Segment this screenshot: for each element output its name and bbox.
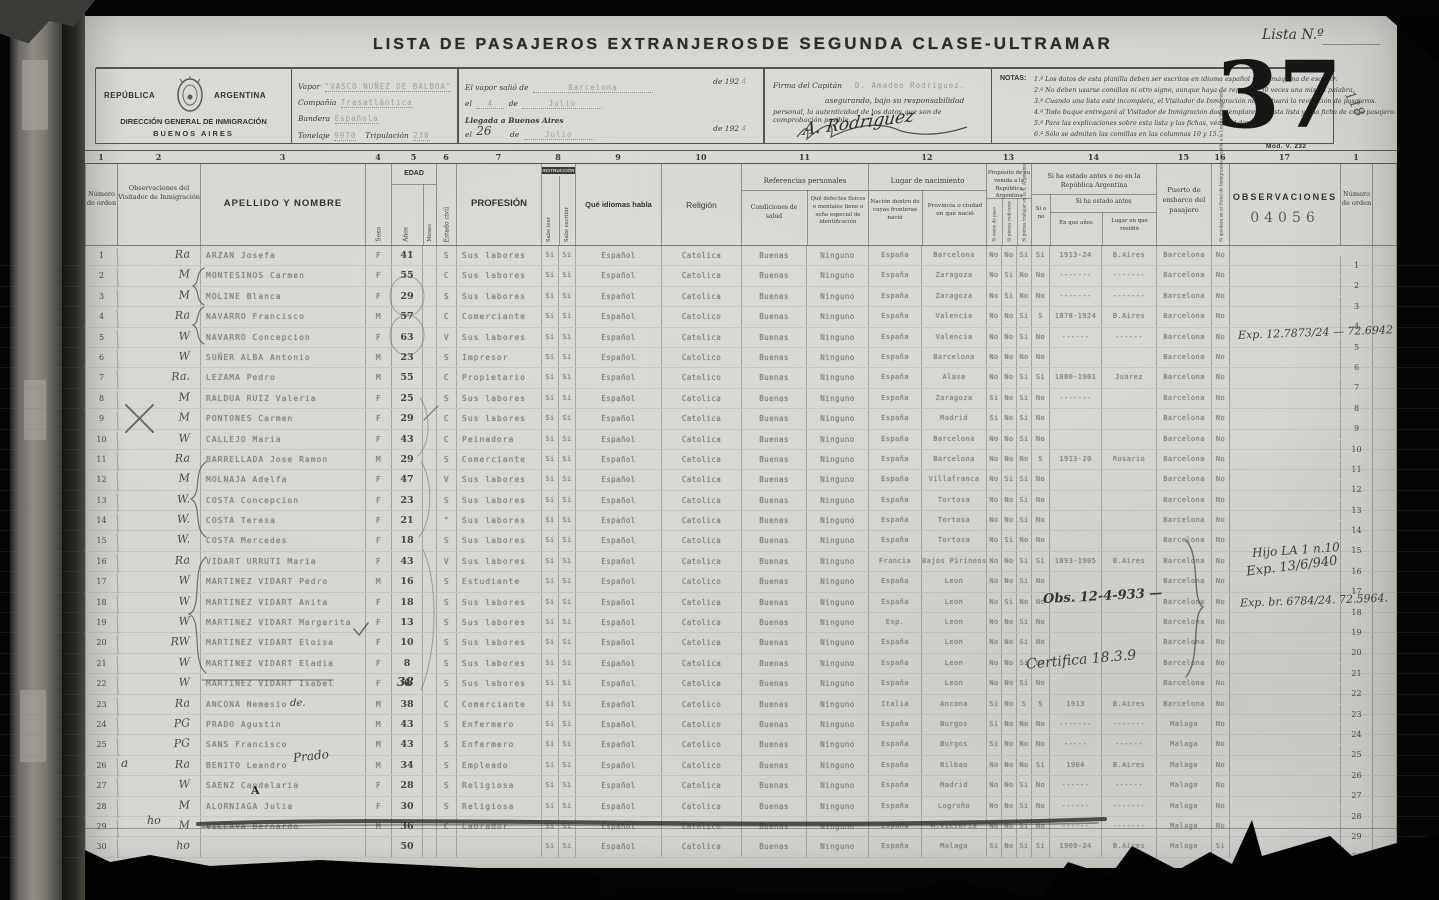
cell-pf: Comerciante	[456, 307, 541, 326]
cell-lr: Si	[541, 756, 558, 775]
cell-df: Ninguno	[806, 654, 868, 673]
cell-df: Ninguno	[806, 797, 868, 816]
cell-pt: Barcelona	[1156, 531, 1211, 550]
table-row: 15W.COSTA MercedesF18SSus laboresSiSiEsp…	[0, 531, 1439, 551]
header-lugar-nacimiento-group: Lugar de nacimiento Nación dentro de cuy…	[868, 164, 986, 246]
cell-ms	[422, 633, 436, 652]
cell-name: MOLINE Blanca	[200, 287, 365, 306]
cell-p3: No	[1016, 531, 1031, 550]
cell-p1: No	[986, 776, 1001, 795]
cell-ys: 1880-1901	[1049, 368, 1101, 387]
cell-df: Ninguno	[806, 674, 868, 693]
header-referencias-group: Referencias personales Condiciones de sa…	[741, 164, 868, 246]
column-number-row: 12345678910111213141516171	[85, 150, 1397, 164]
cell-ec: S	[436, 348, 456, 367]
cell-an: 29	[391, 287, 422, 306]
cell-sx	[365, 837, 391, 856]
cell-ec: "	[436, 511, 456, 530]
cell-p2: No	[1001, 756, 1016, 775]
cell-p1: Si	[986, 695, 1001, 714]
cell-n: 19	[85, 613, 117, 632]
cell-name	[200, 837, 365, 856]
cell-rl: Catolica	[661, 837, 741, 856]
cell-ht: No	[1211, 266, 1229, 285]
cell-pf: Sus labores	[456, 246, 541, 265]
header-hotel: Si quedará en el Hotel de Inmigrantes ac…	[1211, 164, 1229, 246]
cell-es: Si	[558, 266, 575, 285]
cell-df: Ninguno	[806, 409, 868, 428]
cell-ys: 1909-24	[1049, 837, 1101, 856]
cell-name: SANS Francisco	[200, 735, 365, 754]
table-row: 6WSUÑER ALBA AntonioM23SImpresorSiSiEspa…	[0, 348, 1439, 368]
cell-lg: B.Aires	[1101, 756, 1156, 775]
cell-sn: No	[1031, 511, 1049, 530]
cell-obs: M	[117, 468, 201, 492]
cell-sx: F	[365, 654, 391, 673]
coat-of-arms	[172, 75, 208, 115]
cell-ys: 1913	[1049, 695, 1101, 714]
nota-6: 6.ª Sólo se admiten las comillas en las …	[1034, 129, 1396, 140]
cell-n: 29	[85, 817, 117, 836]
table-bottom-rule	[85, 828, 1397, 829]
cell-n: 9	[85, 409, 117, 428]
cell-lg: B.Aires	[1101, 837, 1156, 856]
observ-stamp-number: 04056	[1230, 210, 1340, 226]
cell-es: Si	[558, 797, 575, 816]
nota-5: 5.ª Para las explicaciones sobre esta li…	[1034, 118, 1396, 129]
cell-ob	[1229, 776, 1340, 795]
cell-df: Ninguno	[806, 817, 868, 836]
cell-x3	[1372, 266, 1397, 285]
cell-lg: ------	[1101, 735, 1156, 754]
cell-sa: Buenas	[741, 674, 806, 693]
cell-na: España	[868, 531, 921, 550]
cell-es: Si	[558, 593, 575, 612]
cell-sa: Buenas	[741, 348, 806, 367]
cell-sn: No	[1031, 470, 1049, 489]
cell-df: Ninguno	[806, 572, 868, 591]
cell-n: 20	[85, 633, 117, 652]
cell-ht: No	[1211, 470, 1229, 489]
cell-ht: No	[1211, 674, 1229, 693]
cell-es: Si	[558, 389, 575, 408]
cell-lr: Si	[541, 654, 558, 673]
cell-lr: Si	[541, 368, 558, 387]
cell-lg	[1101, 491, 1156, 510]
table-row: 22WMARTINEZ VIDART IsabelF6SSus laboresS…	[0, 674, 1439, 694]
table-row: 20RWMARTINEZ VIDART EloisaF10SSus labore…	[0, 633, 1439, 653]
cell-p1: No	[986, 817, 1001, 836]
cell-sx: F	[365, 531, 391, 550]
cell-pt: Barcelona	[1156, 409, 1211, 428]
table-row: 25PGSANS FranciscoM43SEnfermeroSiSiEspañ…	[0, 735, 1439, 755]
cell-sn: No	[1031, 735, 1049, 754]
agency-direccion: DIRECCIÓN GENERAL DE INMIGRACIÓN	[96, 117, 291, 126]
cell-na: España	[868, 837, 921, 856]
cell-x3	[1372, 511, 1397, 530]
cell-lg	[1101, 613, 1156, 632]
cell-name: NAVARRO Concepcion	[200, 328, 365, 347]
cell-x3	[1372, 470, 1397, 489]
cell-ms	[422, 470, 436, 489]
cell-rl: Catolica	[661, 593, 741, 612]
cell-pr: Bilbao	[921, 756, 986, 775]
cell-pf: Empleado	[456, 756, 541, 775]
cell-ys	[1049, 531, 1101, 550]
nota-4: 4.ª Todo buque entregará al Visitador de…	[1034, 107, 1396, 118]
nota-1: 1.ª Los datos de esta planilla deben ser…	[1034, 74, 1396, 85]
anio-llegada: de 192 4	[713, 124, 747, 133]
cell-ht: No	[1211, 797, 1229, 816]
cell-sa: Buenas	[741, 328, 806, 347]
cell-id: Español	[575, 450, 661, 469]
cell-ht: Si	[1211, 837, 1229, 856]
cell-x3	[1372, 797, 1397, 816]
cell-p1: No	[986, 756, 1001, 775]
cell-pt: Barcelona	[1156, 552, 1211, 571]
el-label: el	[465, 99, 472, 108]
cell-na: España	[868, 511, 921, 530]
cell-df: Ninguno	[806, 531, 868, 550]
cell-sn: No	[1031, 817, 1049, 836]
cell-pr: Valencia	[921, 307, 986, 326]
cell-ob	[1229, 409, 1340, 428]
cell-na: Italia	[868, 695, 921, 714]
cell-ys	[1049, 613, 1101, 632]
cell-ms	[422, 307, 436, 326]
cell-n: 18	[85, 593, 117, 612]
column-number: 7	[456, 152, 541, 162]
cell-name: MARTINEZ VIDART Eloisa	[200, 633, 365, 652]
cell-ys	[1049, 409, 1101, 428]
cell-ec	[436, 837, 456, 856]
cell-x3	[1372, 837, 1397, 856]
cell-es: Si	[558, 491, 575, 510]
cell-sa: Buenas	[741, 695, 806, 714]
bandera-label: Bandera	[298, 114, 330, 123]
cell-name: MONTESINOS Carmen	[200, 266, 365, 285]
cell-obs: W	[117, 570, 201, 594]
table-row: 11RaBARRELLADA Jose RamonM29SComerciante…	[0, 450, 1439, 470]
cell-sa: Buenas	[741, 552, 806, 571]
cell-ob	[1229, 450, 1340, 469]
cell-p1: No	[986, 572, 1001, 591]
cell-p3: Si	[1016, 246, 1031, 265]
cell-pf: Propietario	[456, 368, 541, 387]
cell-ys: -------	[1049, 287, 1101, 306]
cell-n: 10	[85, 430, 117, 449]
cell-n: 6	[85, 348, 117, 367]
cell-rl: Catolica	[661, 491, 741, 510]
cell-pr: Tortosa	[921, 491, 986, 510]
cell-ob	[1229, 307, 1340, 326]
cell-pt: Malaga	[1156, 756, 1211, 775]
cell-an: 47	[391, 470, 422, 489]
table-body: 1RaARZAN JosefaF41SSus laboresSiSiEspaño…	[0, 246, 1439, 858]
cell-lr: Si	[541, 389, 558, 408]
agency-city: BUENOS AIRES	[96, 129, 291, 138]
cell-obs: Ra	[117, 305, 201, 329]
cell-x3	[1372, 450, 1397, 469]
cell-p2: No	[1001, 246, 1016, 265]
cell-lr: Si	[541, 450, 558, 469]
cell-rl: Catolica	[661, 470, 741, 489]
cell-p1: Si	[986, 735, 1001, 754]
cell-p3: Si	[1016, 572, 1031, 591]
cell-ec: S	[436, 491, 456, 510]
cell-id: Español	[575, 531, 661, 550]
cell-ys: 1913-24	[1049, 246, 1101, 265]
header-band: REPÚBLICA ARGENTINA DIRECCIÓN GENERAL DE…	[95, 68, 1334, 144]
cell-sa: Buenas	[741, 246, 806, 265]
cell-obs: M	[117, 264, 201, 288]
cell-lr: Si	[541, 715, 558, 734]
cell-p1: Si	[986, 409, 1001, 428]
cell-p2: No	[1001, 572, 1016, 591]
cell-name: NAVARRO Francisco	[200, 307, 365, 326]
cell-n: 2	[85, 266, 117, 285]
cell-lg	[1101, 389, 1156, 408]
cell-lr: Si	[541, 817, 558, 836]
cell-lg: Juarez	[1101, 368, 1156, 387]
cell-p3: No	[1016, 450, 1031, 469]
cell-rl: Catolica	[661, 430, 741, 449]
cell-lg: -------	[1101, 797, 1156, 816]
cell-id: Español	[575, 430, 661, 449]
agency-argentina: ARGENTINA	[214, 91, 266, 100]
cell-es: Si	[558, 756, 575, 775]
cell-id: Español	[575, 593, 661, 612]
cell-p1: No	[986, 307, 1001, 326]
cell-ec: C	[436, 430, 456, 449]
cell-x3	[1372, 552, 1397, 571]
compania-label: Compañía	[298, 98, 336, 107]
cell-df: Ninguno	[806, 389, 868, 408]
cell-sa: Buenas	[741, 756, 806, 775]
cell-ys	[1049, 348, 1101, 367]
cell-pt: Barcelona	[1156, 287, 1211, 306]
cell-an: 25	[391, 389, 422, 408]
cell-x3	[1372, 409, 1397, 428]
cell-ec: S	[436, 674, 456, 693]
cell-es: Si	[558, 715, 575, 734]
cell-an: 29	[391, 409, 422, 428]
cell-pf: Sus labores	[456, 328, 541, 347]
cell-rl: Catolica	[661, 654, 741, 673]
cell-ht: No	[1211, 491, 1229, 510]
cell-x3	[1372, 531, 1397, 550]
cell-an: 55	[391, 368, 422, 387]
cell-ec: S	[436, 531, 456, 550]
cell-es: Si	[558, 531, 575, 550]
column-number: 17	[1229, 152, 1340, 162]
cell-na: España	[868, 735, 921, 754]
cell-pr: Leon	[921, 674, 986, 693]
cell-sa: Buenas	[741, 470, 806, 489]
cell-id: Español	[575, 266, 661, 285]
cell-x3	[1372, 572, 1397, 591]
cell-sx: F	[365, 613, 391, 632]
table-row: 19WMARTINEZ VIDART MargaritaF13SSus labo…	[0, 613, 1439, 633]
tripulacion-label: Tripulación	[365, 131, 408, 140]
firma-label: Firma del Capitán	[773, 81, 842, 90]
cell-ht: No	[1211, 633, 1229, 652]
cell-rl: Catolica	[661, 266, 741, 285]
cell-n: 25	[85, 735, 117, 754]
column-number: 14	[1031, 152, 1156, 162]
cell-es: Si	[558, 368, 575, 387]
cell-p2: Si	[1001, 287, 1016, 306]
cell-ob	[1229, 756, 1340, 775]
cell-ys: -----	[1049, 735, 1101, 754]
cell-pr: H.Victoria	[921, 817, 986, 836]
cell-df: Ninguno	[806, 756, 868, 775]
cell-lr: Si	[541, 348, 558, 367]
cell-pf: Sus labores	[456, 266, 541, 285]
cell-es: Si	[558, 674, 575, 693]
cell-n: 28	[85, 797, 117, 816]
cell-p1: Si	[986, 715, 1001, 734]
cell-p3: Si	[1016, 552, 1031, 571]
cell-id: Español	[575, 409, 661, 428]
cell-ob	[1229, 491, 1340, 510]
cell-an: 43	[391, 715, 422, 734]
cell-pt: Barcelona	[1156, 368, 1211, 387]
de-label: de	[509, 99, 518, 108]
cell-p3: No	[1016, 715, 1031, 734]
cell-ob	[1229, 430, 1340, 449]
cell-pr: Alava	[921, 368, 986, 387]
cell-p2: No	[1001, 674, 1016, 693]
cell-sa: Buenas	[741, 572, 806, 591]
cell-id: Español	[575, 776, 661, 795]
cell-sx: M	[365, 450, 391, 469]
cell-name: BENITO Leandro	[200, 756, 365, 775]
cell-lr: Si	[541, 430, 558, 449]
cell-lr: Si	[541, 491, 558, 510]
cell-ms	[422, 491, 436, 510]
cell-an: 10	[391, 633, 422, 652]
cell-pr: Valencia	[921, 328, 986, 347]
cell-p2: No	[1001, 633, 1016, 652]
cell-an: 34	[391, 756, 422, 775]
cell-pr: Zaragoza	[921, 266, 986, 285]
cell-ec: S	[436, 450, 456, 469]
cell-x3	[1372, 695, 1397, 714]
cell-id: Español	[575, 368, 661, 387]
table-row: 10WCALLEJO MariaF43CPeinadoraSiSiEspañol…	[0, 430, 1439, 450]
cell-pf: Impresor	[456, 348, 541, 367]
cell-pr: Barcelona	[921, 348, 986, 367]
cell-rl: Catolico	[661, 695, 741, 714]
cell-x3	[1372, 613, 1397, 632]
cell-ht: No	[1211, 430, 1229, 449]
table-row: 21WMARTINEZ VIDART EladiaF8SSus laboresS…	[0, 654, 1439, 674]
cell-df: Ninguno	[806, 613, 868, 632]
cell-sx: M	[365, 368, 391, 387]
cell-name: MARTINEZ VIDART Isabel	[200, 674, 365, 693]
cell-sn: No	[1031, 328, 1049, 347]
cell-an: 38	[391, 695, 422, 714]
cell-sa: Buenas	[741, 715, 806, 734]
cell-p2: No	[1001, 715, 1016, 734]
cell-pr: Zaragoza	[921, 389, 986, 408]
cell-p1: No	[986, 797, 1001, 816]
cell-na: España	[868, 246, 921, 265]
table-row: 23RaANCONA NemesioM38CComercianteSiSiEsp…	[0, 695, 1439, 715]
cell-x3	[1372, 735, 1397, 754]
cell-lg: Rosario	[1101, 450, 1156, 469]
cell-ob	[1229, 695, 1340, 714]
cell-pf: Enfermero	[456, 735, 541, 754]
cell-sa: Buenas	[741, 266, 806, 285]
pencil-a-row27: a	[121, 756, 128, 770]
cell-p3: S	[1016, 695, 1031, 714]
cell-pr: Logroño	[921, 797, 986, 816]
cell-ys	[1049, 674, 1101, 693]
cell-pt: Barcelona	[1156, 613, 1211, 632]
cell-p3: No	[1016, 287, 1031, 306]
cell-p2: Si	[1001, 593, 1016, 612]
cell-ms	[422, 756, 436, 775]
cell-ec: S	[436, 715, 456, 734]
cell-ob	[1229, 246, 1340, 265]
cell-x3	[1372, 368, 1397, 387]
column-number: 13	[986, 152, 1031, 162]
cell-pt: Barcelona	[1156, 246, 1211, 265]
cell-ms	[422, 695, 436, 714]
column-number: 12	[868, 152, 986, 162]
cell-lr: Si	[541, 307, 558, 326]
cell-sx: F	[365, 776, 391, 795]
cell-sa: Buenas	[741, 797, 806, 816]
cell-id: Español	[575, 613, 661, 632]
cell-df: Ninguno	[806, 837, 868, 856]
cell-name: MARTINEZ VIDART Eladia	[200, 654, 365, 673]
cell-ms	[422, 511, 436, 530]
cell-ms	[422, 246, 436, 265]
cell-sx: M	[365, 715, 391, 734]
cell-es: Si	[558, 409, 575, 428]
cell-name: COSTA Teresa	[200, 511, 365, 530]
header-apellido-nombre: APELLIDO Y NOMBRE	[200, 164, 365, 246]
cell-pf: Sus labores	[456, 531, 541, 550]
cell-sa: Buenas	[741, 450, 806, 469]
cell-p3: Si	[1016, 797, 1031, 816]
cell-id: Español	[575, 307, 661, 326]
cell-n: 8	[85, 389, 117, 408]
dia-salida: 4	[476, 99, 504, 109]
cell-sx: M	[365, 735, 391, 754]
cell-sn: No	[1031, 287, 1049, 306]
signature-flourish	[793, 117, 973, 143]
cell-id: Español	[575, 756, 661, 775]
cell-ys: -------	[1049, 715, 1101, 734]
cell-p2: Si	[1001, 266, 1016, 285]
cell-an: 29	[391, 450, 422, 469]
cell-p3: No	[1016, 756, 1031, 775]
cell-pt: Malaga	[1156, 715, 1211, 734]
cell-sn: No	[1031, 613, 1049, 632]
cell-ob	[1229, 817, 1340, 836]
cell-p1: No	[986, 531, 1001, 550]
cell-rl: Catolica	[661, 450, 741, 469]
cell-pr: Zaragoza	[921, 287, 986, 306]
table-row: 27WSAENZ CandelariaF28SReligiosaSiSiEspa…	[0, 776, 1439, 796]
cell-sa: Buenas	[741, 776, 806, 795]
cell-sx: F	[365, 674, 391, 693]
cell-ms	[422, 287, 436, 306]
